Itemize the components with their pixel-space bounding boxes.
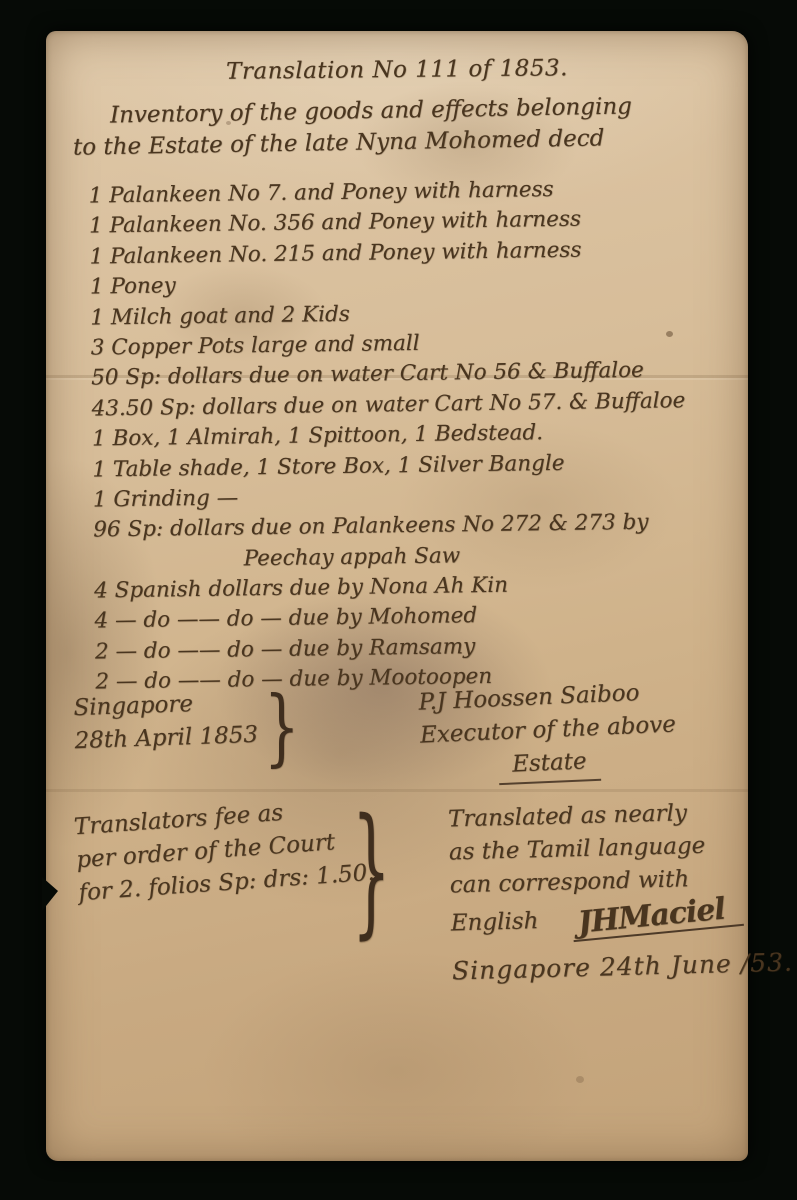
certification-signature-row: English JHMaciel [450, 896, 792, 941]
document-paper: Translation No 111 of 1853. Inventory of… [46, 31, 748, 1161]
inventory-list: 1 Palankeen No 7. and Poney with harness… [88, 173, 735, 699]
certification-date-line: Singapore 24th June /53. [452, 946, 794, 988]
executor-signature-block: P.J Hoossen Saiboo Executor of the above… [418, 675, 678, 788]
heading-line-1: Inventory of the goods and effects belon… [110, 93, 632, 128]
paper-tear [42, 877, 58, 911]
translation-certification-block: Translated as nearly as the Tamil langua… [448, 795, 794, 988]
document-title: Translation No 111 of 1853. [46, 53, 748, 86]
heading-line-2: to the Estate of the late Nyna Mohomed d… [73, 125, 605, 160]
curly-brace: } [352, 791, 391, 954]
date-line: 28th April 1853 [74, 719, 259, 758]
paper-speck [666, 331, 673, 337]
curly-brace: } [264, 677, 300, 776]
certification-line: English [450, 905, 538, 940]
paper-speck [226, 121, 231, 125]
translator-fee-note: Translators fee as per order of the Cour… [73, 791, 376, 910]
paper-speck [576, 1076, 584, 1083]
place-date-block: Singapore 28th April 1853 [73, 686, 259, 758]
